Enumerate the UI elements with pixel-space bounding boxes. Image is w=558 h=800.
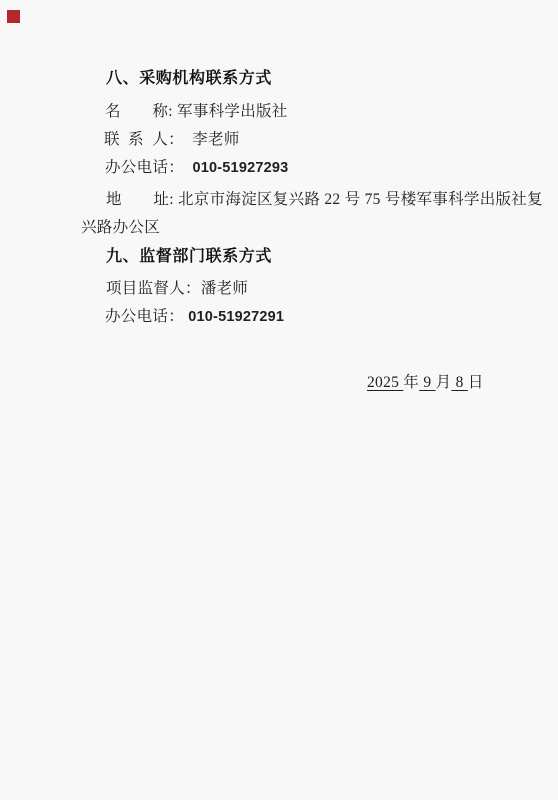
address-row-line2: 兴路办公区 — [81, 219, 160, 236]
contact-person-label: 联 系 人： — [104, 131, 184, 148]
agency-name-value: 军事科学出版社 — [173, 103, 288, 120]
address-label: 地 址: — [106, 191, 174, 208]
address-value-line2: 兴路办公区 — [81, 219, 160, 236]
date-year-unit: 年 — [403, 374, 419, 391]
document-page: { "page": { "background": "#f8f8f8", "te… — [0, 0, 558, 800]
agency-phone-value: 010-51927293 — [184, 160, 288, 176]
date-month: 9 — [419, 374, 435, 391]
date-day: 8 — [451, 374, 467, 391]
section9-heading: 九、监督部门联系方式 — [106, 248, 272, 265]
contact-person-row: 联 系 人： 李老师 — [104, 131, 240, 148]
supervisor-label: 项目监督人： — [106, 280, 201, 297]
address-value-line1: 北京市海淀区复兴路 22 号 75 号楼军事科学出版社复 — [174, 191, 543, 208]
supervisor-value: 潘老师 — [201, 280, 248, 297]
date-month-unit: 月 — [436, 374, 452, 391]
supervision-phone-label: 办公电话： — [105, 308, 184, 325]
agency-phone-row: 办公电话： 010-51927293 — [105, 159, 288, 177]
date-line: 2025 年 9 月 8 日 — [367, 374, 484, 391]
date-day-unit: 日 — [468, 374, 484, 391]
agency-phone-label: 办公电话： — [105, 159, 184, 176]
agency-name-row: 名 称: 军事科学出版社 — [105, 103, 288, 120]
supervisor-row: 项目监督人：潘老师 — [106, 280, 248, 297]
supervision-phone-value: 010-51927291 — [184, 309, 284, 325]
section8-heading: 八、采购机构联系方式 — [106, 70, 272, 87]
agency-name-label: 名 称: — [105, 103, 173, 120]
address-row-line1: 地 址: 北京市海淀区复兴路 22 号 75 号楼军事科学出版社复 — [106, 191, 543, 208]
date-year: 2025 — [367, 374, 403, 391]
contact-person-value: 李老师 — [184, 131, 240, 148]
red-marker — [7, 10, 20, 23]
supervision-phone-row: 办公电话： 010-51927291 — [105, 308, 284, 326]
